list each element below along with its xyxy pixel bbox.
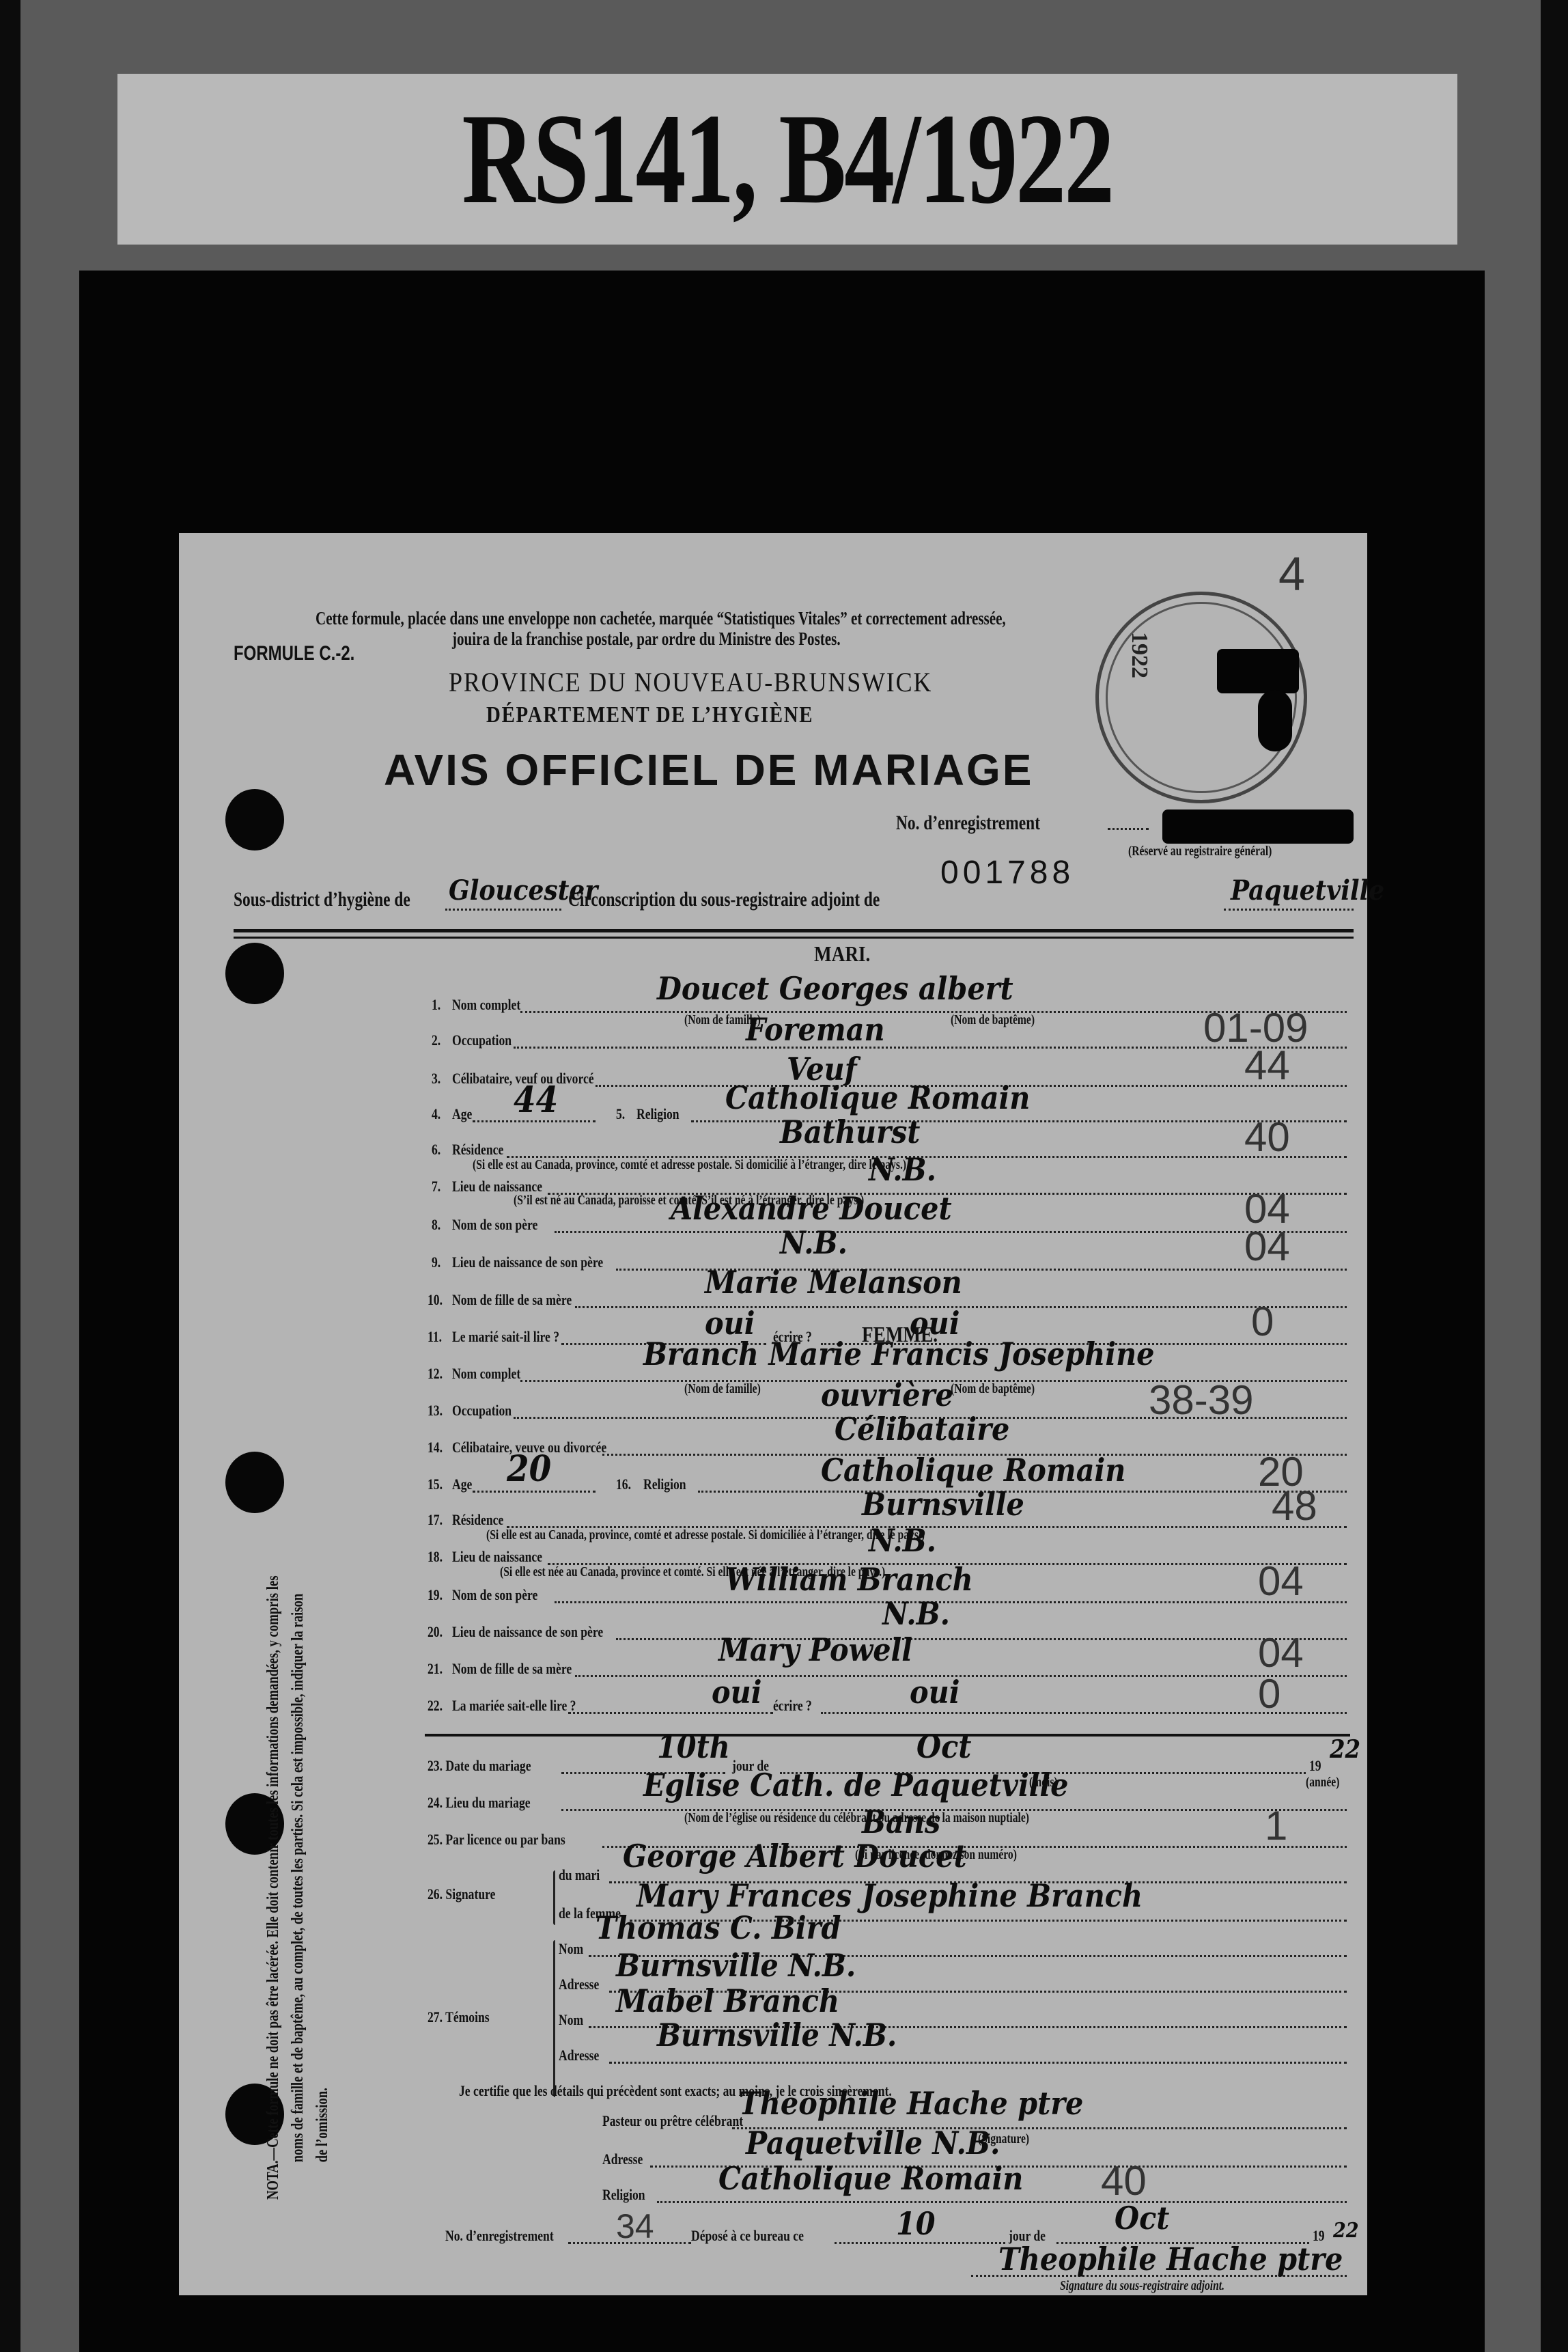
field-number: 17. — [428, 1511, 443, 1529]
deposit-year: 22 — [1333, 2219, 1359, 2243]
bride-birthplace-label: Lieu de naissance — [452, 1548, 542, 1566]
bride-mother-value: Mary Powell — [718, 1631, 912, 1668]
bride-status-value: Célibataire — [835, 1411, 1009, 1448]
deposit-label: Déposé à ce bureau ce — [691, 2227, 804, 2245]
field-number: 15. — [428, 1476, 443, 1493]
groom-father-value: Alexandre Doucet — [671, 1190, 952, 1227]
film-edge-left — [0, 0, 20, 2352]
bride-read-label: La mariée sait-elle lire ? — [452, 1697, 576, 1715]
witness2-name-label: Nom — [559, 2011, 583, 2029]
groom-birthplace-value: N.B. — [869, 1151, 936, 1188]
groom-father-birthplace-label: Lieu de naissance de son père — [452, 1254, 603, 1271]
groom-father-label: Nom de son père — [452, 1216, 537, 1234]
bride-occupation-value: ouvrière — [821, 1376, 953, 1413]
field-number: 2. — [432, 1032, 440, 1049]
licence-value: Bans — [862, 1803, 940, 1840]
filing-registration-number: 34 — [616, 2206, 654, 2246]
witness1-address-label: Adresse — [559, 1976, 599, 1993]
bride-occupation-label: Occupation — [452, 1402, 512, 1420]
bride-age-label: Age — [452, 1476, 472, 1493]
field-number: 22. — [428, 1697, 443, 1715]
witness1-name-label: Nom — [559, 1940, 583, 1958]
groom-signature: George Albert Doucet — [623, 1838, 967, 1874]
nota-line-2: noms de famille et de baptême, au comple… — [285, 1161, 310, 2200]
bride-father-code: 04 — [1258, 1558, 1304, 1605]
bride-write-label: écrire ? — [773, 1697, 812, 1715]
marriage-month-value: Oct — [916, 1728, 971, 1765]
marriage-certificate: Cette formule, placée dans une enveloppe… — [179, 533, 1367, 2295]
bride-name-value: Branch Marie Francis Josephine — [643, 1336, 1155, 1372]
punch-hole — [225, 789, 284, 850]
deposit-day: 10 — [896, 2205, 936, 2242]
field-number: 5. — [616, 1105, 625, 1123]
witness-label: 27. Témoins — [428, 2008, 490, 2026]
residence-hint: (Si elle est au Canada, province, comté … — [486, 1527, 925, 1543]
celebrant-address-label: Adresse — [602, 2150, 643, 2168]
bride-mother-label: Nom de fille de sa mère — [452, 1660, 572, 1678]
groom-mother-value: Marie Melanson — [705, 1264, 962, 1301]
celebrant-religion-code: 40 — [1101, 2157, 1147, 2204]
postal-notice-line1: Cette formule, placée dans une enveloppe… — [316, 608, 1006, 629]
place-hint: (Nom de l’église ou résidence du célébra… — [684, 1810, 1029, 1826]
marriage-year-value: 22 — [1330, 1735, 1360, 1764]
family-name-hint: (Nom de famille) — [684, 1381, 761, 1397]
groom-name-value: Doucet Georges albert — [657, 970, 1013, 1007]
field-number: 6. — [432, 1141, 440, 1159]
form-number: FORMULE C.-2. — [234, 642, 354, 665]
film-edge-right — [1541, 0, 1568, 2352]
witness1-address: Burnsville N.B. — [616, 1947, 856, 1984]
marriage-place-value: Eglise Cath. de Paquetville — [643, 1767, 1068, 1803]
groom-read-label: Le marié sait-il lire ? — [452, 1328, 559, 1346]
registration-label: No. d’enregistrement — [896, 812, 1040, 835]
redaction-mark — [1258, 690, 1292, 751]
registration-redaction — [1162, 810, 1354, 844]
groom-mother-label: Nom de fille de sa mère — [452, 1291, 572, 1309]
groom-name-label: Nom complet — [452, 996, 520, 1014]
marriage-place-label: 24. Lieu du mariage — [428, 1794, 531, 1812]
field-number: 7. — [432, 1178, 440, 1195]
groom-religion-value: Catholique Romain — [725, 1079, 1030, 1116]
pencil-mark: 4 — [1278, 547, 1305, 601]
double-rule — [234, 929, 1354, 939]
registrar-signature: Theophile Hache ptre — [998, 2241, 1343, 2278]
bride-mother-code: 04 — [1258, 1629, 1304, 1676]
field-number: 8. — [432, 1216, 440, 1234]
serial-number: 001788 — [940, 854, 1074, 891]
field-number: 14. — [428, 1439, 443, 1456]
witness2-name: Mabel Branch — [616, 1982, 839, 2019]
field-number: 12. — [428, 1365, 443, 1383]
residence-hint: (Si elle est au Canada, province, comté … — [473, 1157, 906, 1173]
celebrant-signature: Theophile Hache ptre — [739, 2085, 1083, 2122]
circonscription-value: Paquetville — [1231, 874, 1384, 907]
field-number: 10. — [428, 1291, 443, 1309]
field-number: 1. — [432, 996, 440, 1014]
groom-residence-label: Résidence — [452, 1141, 503, 1159]
field-number: 3. — [432, 1070, 440, 1088]
licence-label: 25. Par licence ou par bans — [428, 1831, 565, 1849]
celebrant-address: Paquetville N.B. — [746, 2125, 1000, 2161]
bride-literacy-code: 0 — [1258, 1670, 1280, 1717]
province-heading: PROVINCE DU NOUVEAU-BRUNSWICK — [449, 666, 932, 698]
year-hint: (année) — [1306, 1775, 1339, 1790]
bride-residence-label: Résidence — [452, 1511, 503, 1529]
bride-father-birthplace-label: Lieu de naissance de son père — [452, 1623, 603, 1641]
groom-literacy-code: 0 — [1251, 1298, 1274, 1345]
field-number: 9. — [432, 1254, 440, 1271]
groom-father-birthplace-value: N.B. — [780, 1224, 848, 1261]
bride-write-value: oui — [910, 1674, 960, 1711]
department-heading: DÉPARTEMENT DE L’HYGIÈNE — [486, 702, 813, 728]
field-number: 11. — [428, 1328, 442, 1346]
filing-registration-label: No. d’enregistrement — [445, 2227, 554, 2245]
groom-occupation-value: Foreman — [746, 1011, 885, 1048]
field-number: 18. — [428, 1548, 443, 1566]
field-number: 21. — [428, 1660, 443, 1678]
circonscription-label: Circonscription du sous-registraire adjo… — [568, 888, 880, 911]
witness1-name: Thomas C. Bird — [596, 1909, 841, 1946]
bride-age-value: 20 — [507, 1448, 551, 1490]
field-number: 19. — [428, 1586, 443, 1604]
bride-religion-value: Catholique Romain — [821, 1452, 1125, 1489]
groom-residence-code: 40 — [1244, 1113, 1290, 1161]
witness2-address: Burnsville N.B. — [657, 2017, 897, 2053]
groom-heading: MARI. — [814, 941, 870, 967]
stamp-year: 1922 — [1126, 632, 1152, 678]
bride-residence-code: 48 — [1272, 1482, 1317, 1530]
marriage-date-label: 23. Date du mariage — [428, 1757, 531, 1775]
archive-label: RS141, B4/1922 — [462, 85, 1113, 234]
licence-code: 1 — [1265, 1802, 1287, 1849]
baptism-name-hint: (Nom de baptême) — [951, 1012, 1035, 1028]
nota-sidebar: NOTA.—Cette formule ne doit pas être lac… — [261, 868, 335, 2200]
archive-label-card: RS141, B4/1922 — [117, 74, 1457, 245]
deposit-month: Oct — [1115, 2200, 1169, 2237]
field-number: 13. — [428, 1402, 443, 1420]
groom-age-label: Age — [452, 1105, 472, 1123]
bride-father-birthplace-value: N.B. — [882, 1595, 950, 1632]
bride-religion-label: Religion — [643, 1476, 686, 1493]
bride-read-value: oui — [712, 1674, 761, 1711]
marriage-day-value: 10th — [657, 1728, 730, 1765]
groom-father-birthplace-code: 04 — [1244, 1223, 1290, 1270]
field-number: 20. — [428, 1623, 443, 1641]
celebrant-religion: Catholique Romain — [718, 2160, 1023, 2197]
bride-father-label: Nom de son père — [452, 1586, 537, 1604]
year-prefix: 19 — [1309, 1757, 1321, 1775]
bride-name-label: Nom complet — [452, 1365, 520, 1383]
groom-religion-label: Religion — [636, 1105, 680, 1123]
signature-label: 26. Signature — [428, 1885, 495, 1903]
celebrant-label: Pasteur ou prêtre célébrant — [602, 2112, 743, 2130]
celebrant-religion-label: Religion — [602, 2186, 645, 2204]
nota-line-1: NOTA.—Cette formule ne doit pas être lac… — [261, 1161, 285, 2200]
document-title: AVIS OFFICIEL DE MARIAGE — [384, 745, 1033, 795]
redaction-mark — [1217, 649, 1299, 693]
groom-residence-value: Bathurst — [780, 1113, 920, 1150]
bride-father-value: William Branch — [725, 1561, 973, 1598]
registrar-signature-hint: Signature du sous-registraire adjoint. — [1060, 2278, 1224, 2294]
field-number: 16. — [616, 1476, 631, 1493]
bride-residence-value: Burnsville — [862, 1486, 1024, 1523]
groom-occupation-label: Occupation — [452, 1032, 512, 1049]
witness2-address-label: Adresse — [559, 2047, 599, 2064]
postal-notice-line2: jouira de la franchise postale, par ordr… — [452, 628, 841, 650]
groom-signature-label: du mari — [559, 1866, 600, 1884]
registration-note: (Réservé au registraire général) — [1128, 844, 1272, 859]
section-rule — [425, 1734, 1350, 1737]
bride-signature: Mary Frances Josephine Branch — [636, 1877, 1143, 1914]
groom-age-value: 44 — [514, 1079, 558, 1121]
field-number: 4. — [432, 1105, 440, 1123]
baptism-name-hint: (Nom de baptême) — [951, 1381, 1035, 1397]
groom-status-code: 44 — [1244, 1042, 1290, 1089]
bride-occupation-code: 38-39 — [1149, 1376, 1253, 1424]
bride-birthplace-value: N.B. — [869, 1522, 936, 1559]
nota-line-3: de l’omission. — [310, 1161, 335, 2200]
